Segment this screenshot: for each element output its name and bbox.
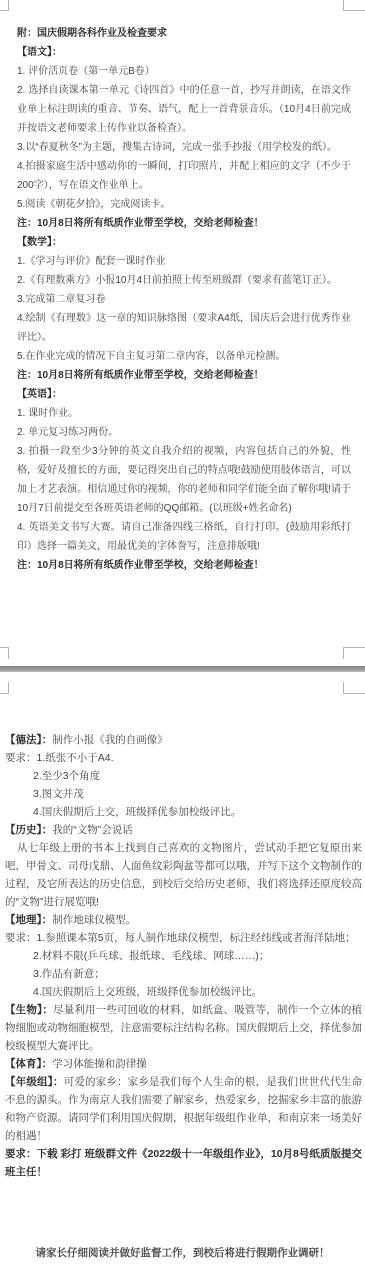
page2-sections: 【德法】：制作小报《我的自画像》要求：1.纸张不小于A4.2.至少3个角度3.图…	[5, 731, 362, 1181]
page1-margin-corner-bottom-left	[0, 647, 9, 659]
section-label: 【年级组】：	[5, 1076, 64, 1088]
section-biology: 【生物】：尽量利用一些可回收的材料，如纸盒、吸管等，制作一个立体的植物细胞或动物…	[5, 1001, 362, 1055]
assignment-item: 2. 选择自读课本第一单元《诗四首》中的任意一首，抄写并朗读，在语文作业单上标注…	[17, 81, 351, 138]
assignment-item: 4. 英语美文书写大赛。请自己准备四线三格纸，自行打印。(鼓励用彩纸打印）选择一…	[17, 518, 351, 556]
assignment-item: 4.绘制《有理数》这一章的知识脉络图（要求A4纸，国庆后会进行优秀作业评比）。	[17, 309, 351, 347]
page1-margin-corner-top-right	[343, 0, 365, 11]
page1-margin-corner-top-left	[0, 0, 9, 11]
assignment-item: 1.《学习与评价》配套一课时作业	[17, 252, 351, 271]
section-chinese: 【语文】：	[17, 43, 351, 62]
assignment-item: 5.阅读《朝花夕拾》，完成阅读卡。	[17, 195, 351, 214]
assignment-item: 5.在作业完成的情况下自主复习第二章内容，以备单元检测。	[17, 347, 351, 366]
parent-notice: 请家长仔细阅读并做好监督工作，到校后将进行假期作业调研！	[0, 1245, 365, 1260]
section-label: 【英语】：	[17, 389, 62, 400]
assignment-item: 2.至少3个角度	[5, 767, 362, 785]
page1-sections: 【语文】：1. 评价活页卷（第一单元B卷）2. 选择自读课本第一单元《诗四首》中…	[17, 43, 351, 575]
section-headline: 学习体能操和韵律操	[52, 1058, 147, 1070]
assignment-item: 要求：1.参照课本第5页，每人制作地球仪模型，标注经纬线或者海洋陆地；	[5, 929, 362, 947]
assignment-item: 3.完成第二章复习卷	[17, 290, 351, 309]
assignment-item: 3. 拍摄一段至少3分钟的英文自我介绍的视频，内容包括自己的外貌，性格，爱好及擅…	[17, 442, 351, 518]
section-label: 【德法】：	[5, 734, 52, 746]
assignment-item: 1. 课时作业。	[17, 404, 351, 423]
section-headline: 制作小报《我的自画像》	[52, 734, 168, 746]
section-label: 【地理】：	[5, 914, 52, 926]
page-break-divider	[0, 666, 365, 672]
assignment-item: 3.图文并茂	[5, 785, 362, 803]
section-math: 【数学】：	[17, 233, 351, 252]
assignment-item: 3.作品有新意；	[5, 965, 362, 983]
section-note: 注：10月8日将所有纸质作业带至学校，交给老师检查！	[17, 214, 351, 233]
section-label: 【数学】：	[17, 237, 62, 248]
page1-margin-corner-bottom-right	[343, 647, 365, 659]
assignment-item: 从七年级上册的书本上找到自己喜欢的文物图片，尝试动手把它复原出来吧，甲骨文、司母…	[5, 839, 362, 911]
section-headline: 制作地球仪模型。	[52, 914, 136, 926]
section-label: 【历史】：	[5, 824, 52, 836]
section-grade-group: 【年级组】：可爱的家乡：家乡是我们每个人生命的根，是我们世世代代生命不息的源头。…	[5, 1073, 362, 1145]
section-pe: 【体育】：学习体能操和韵律操	[5, 1055, 362, 1073]
section-history: 【历史】：我的“文物”会说话	[5, 821, 362, 839]
page2-margin-corner-top-right	[343, 682, 365, 694]
assignment-item: 2.材料不限(乒乓球、报纸球、毛线球、网球……)；	[5, 947, 362, 965]
section-label: 【生物】：	[5, 1004, 53, 1016]
document-view: 附：国庆假期各科作业及检查要求 【语文】：1. 评价活页卷（第一单元B卷）2. …	[0, 0, 365, 1280]
section-label: 【语文】：	[17, 47, 62, 58]
assignment-item: 1. 评价活页卷（第一单元B卷）	[17, 62, 351, 81]
assignment-item: 4.国庆假期后上交班级，班级择优参加校级评比。	[5, 983, 362, 1001]
section-note: 注：10月8日将所有纸质作业带至学校，交给老师检查！	[17, 556, 351, 575]
section-english: 【英语】：	[17, 385, 351, 404]
section-headline: 我的“文物”会说话	[52, 824, 133, 836]
page1-content: 附：国庆假期各科作业及检查要求 【语文】：1. 评价活页卷（第一单元B卷）2. …	[17, 24, 351, 575]
section-note: 注：10月8日将所有纸质作业带至学校，交给老师检查！	[17, 366, 351, 385]
assignment-item: 2. 单元复习练习两份。	[17, 423, 351, 442]
section-moral-law: 【德法】：制作小报《我的自画像》	[5, 731, 362, 749]
section-headline: 尽量利用一些可回收的材料，如纸盒、吸管等，制作一个立体的植物细胞或动物细胞模型，…	[5, 1004, 362, 1052]
section-geography: 【地理】：制作地球仪模型。	[5, 911, 362, 929]
assignment-item: 3.以“春夏秋冬”为主题，搜集古诗词，完成一张手抄报（用学校发的纸）。	[17, 138, 351, 157]
assignment-item: 要求：下载 彩打 班级群文件《2022级十一年级组作业》，10月8号纸质版提交班…	[5, 1145, 362, 1181]
section-label: 【体育】：	[5, 1058, 52, 1070]
page2-margin-corner-top-left	[0, 682, 9, 694]
assignment-item: 要求：1.纸张不小于A4.	[5, 749, 362, 767]
doc-title: 附：国庆假期各科作业及检查要求	[17, 24, 351, 43]
assignment-item: 4.国庆假期后上交，班级择优参加校级评比。	[5, 803, 362, 821]
assignment-item: 4.拍摄家庭生活中感动你的一瞬间，打印照片，并配上相应的文字（不少于200字），…	[17, 157, 351, 195]
page2-content: 【德法】：制作小报《我的自画像》要求：1.纸张不小于A4.2.至少3个角度3.图…	[5, 731, 362, 1181]
assignment-item: 2.《有理数乘方》小报10月4日前拍照上传至班级群（要求有蓝笔订正）。	[17, 271, 351, 290]
